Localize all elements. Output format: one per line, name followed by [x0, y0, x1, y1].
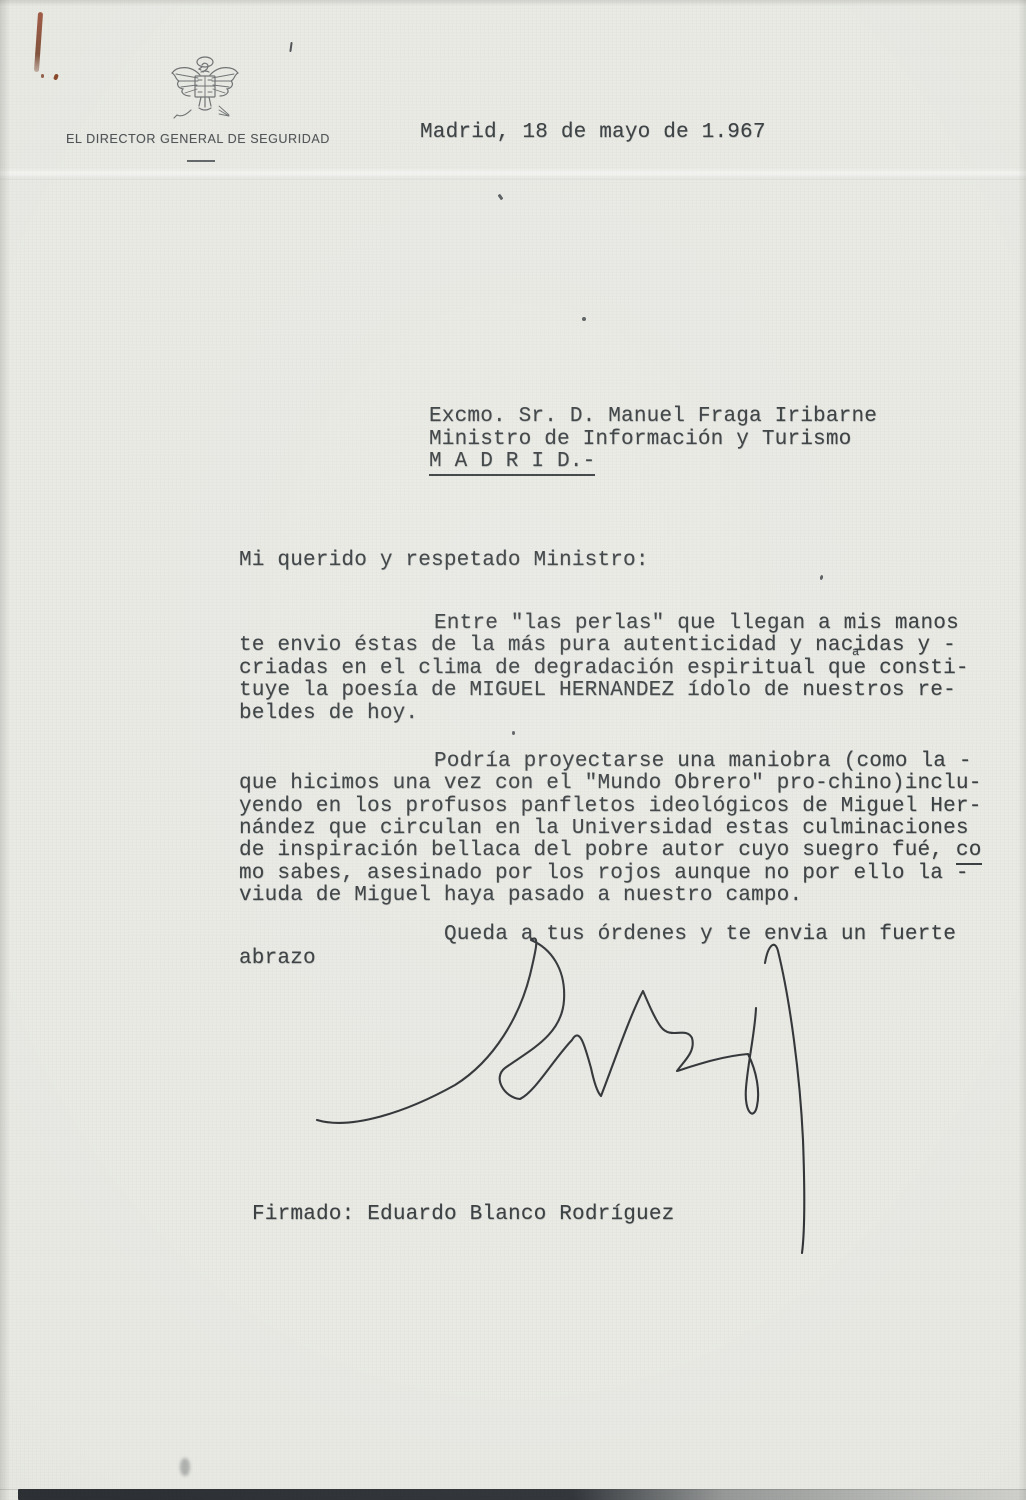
gray-smudge	[180, 1458, 190, 1476]
paper-edge-shadow	[0, 0, 10, 1500]
typed-correction-letter: a	[852, 646, 859, 658]
letter-page: EL DIRECTOR GENERAL DE SEGURIDAD Madrid,…	[0, 0, 1026, 1500]
paragraph1-line: beldes de hoy.	[239, 703, 418, 726]
paragraph1-line: Entre "las perlas" que llegan a mis mano…	[434, 613, 959, 636]
paragraph2-line: yendo en los profusos panfletos ideológi…	[239, 796, 982, 819]
eagle-crest-icon	[167, 54, 243, 130]
paragraph2-line5-text: de inspiración bellaca del pobre autor c…	[239, 839, 956, 862]
paper-bottom-edge	[18, 1489, 1026, 1500]
paragraph1-line: te envio éstas de la más pura autenticid…	[239, 635, 956, 658]
addressee-name: Excmo. Sr. D. Manuel Fraga Iribarne	[429, 406, 877, 429]
paragraph2-line: Podría proyectarse una maniobra (como la…	[434, 751, 972, 774]
stray-ink-mark	[289, 42, 292, 52]
paragraph2-line: de inspiración bellaca del pobre autor c…	[239, 840, 982, 863]
paragraph2-line: viuda de Miguel haya pasado a nuestro ca…	[239, 885, 802, 908]
paper-edge-shadow	[1018, 0, 1026, 1500]
addressee-city: M A D R I D.-	[429, 451, 595, 474]
dateline: Madrid, 18 de mayo de 1.967	[420, 122, 766, 145]
rust-stain-streak	[34, 12, 43, 72]
letterhead-underline-dash	[187, 160, 215, 162]
paragraph2-line: nández que circulan en la Universidad es…	[239, 818, 969, 841]
paragraph2-line: que hicimos una vez con el "Mundo Obrero…	[239, 773, 982, 796]
ink-speck	[512, 731, 515, 735]
letterhead-title: EL DIRECTOR GENERAL DE SEGURIDAD	[66, 132, 356, 146]
paper-fold-band	[0, 168, 1026, 180]
paragraph2-line: mo sabes, asesinado por los rojos aunque…	[239, 863, 969, 886]
paragraph1-line: criadas en el clima de degradación espir…	[239, 658, 969, 681]
paper-edge-shadow	[0, 0, 1026, 6]
ink-speck	[819, 575, 823, 581]
addressee-title: Ministro de Información y Turismo	[429, 429, 851, 452]
closing-line: abrazo	[239, 948, 316, 971]
rust-stain-dot	[41, 74, 44, 78]
salutation: Mi querido y respetado Ministro:	[239, 550, 649, 573]
signed-by-line: Firmado: Eduardo Blanco Rodríguez	[252, 1204, 674, 1227]
ink-speck	[498, 194, 504, 201]
addressee-city-text: M A D R I D.-	[429, 450, 595, 476]
paragraph1-line: tuye la poesía de MIGUEL HERNANDEZ ídolo…	[239, 680, 956, 703]
ink-speck	[582, 317, 586, 321]
closing-line: Queda a tus órdenes y te envia un fuerte	[444, 924, 956, 947]
rust-stain-dot	[53, 73, 59, 80]
